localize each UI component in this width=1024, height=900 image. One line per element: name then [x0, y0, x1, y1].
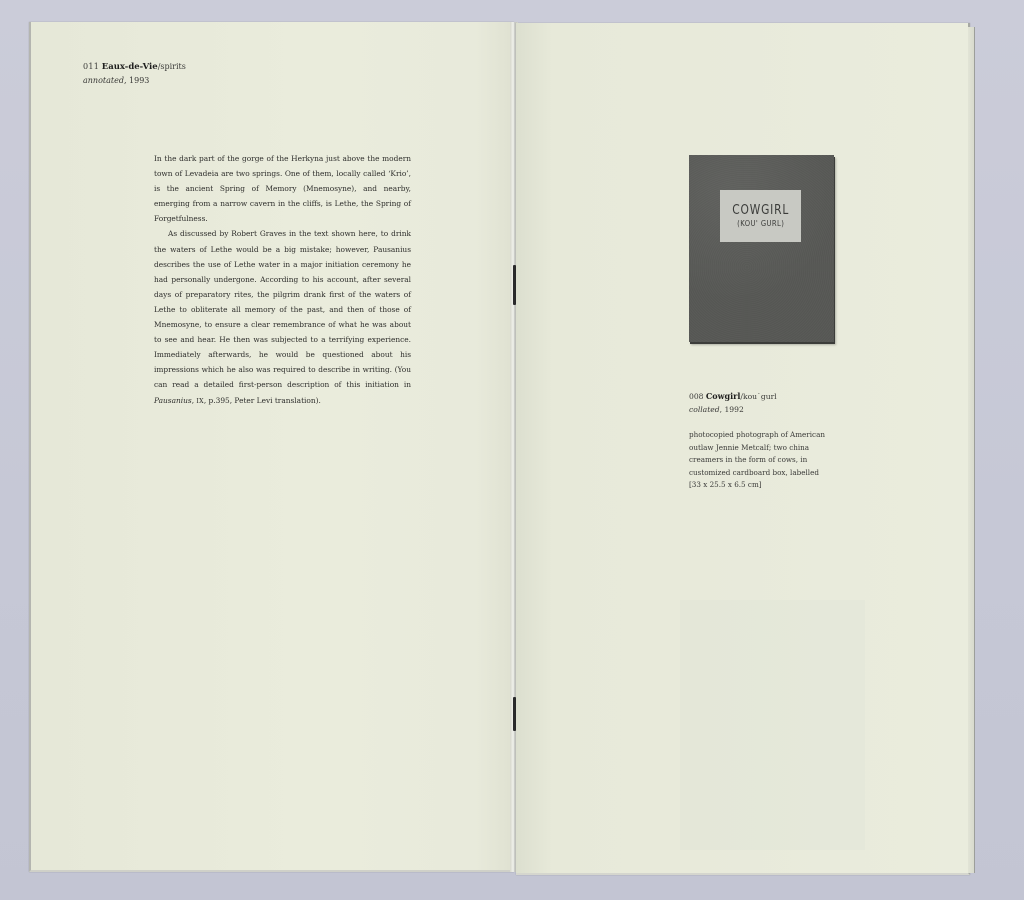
paragraph-2-text: As discussed by Robert Graves in the tex… — [154, 229, 411, 389]
box-label: COWGIRL (KOU' GURL) — [720, 190, 801, 242]
caption-heading: 008 Cowgirl/kou˙gurl — [689, 390, 777, 404]
description-line: photocopied photograph of American — [689, 429, 839, 442]
volume-number: IX — [196, 398, 203, 405]
entry-year: , 1993 — [124, 76, 149, 85]
entry-meta: annotated, 1993 — [83, 74, 186, 87]
entry-subtitle: spirits — [160, 62, 186, 71]
caption-number: 008 — [689, 392, 704, 401]
entry-status: annotated — [83, 76, 124, 85]
caption-meta: collated, 1992 — [689, 404, 777, 417]
paragraph-2-end: , p.395, Peter Levi translation). — [204, 396, 321, 405]
box-label-title: COWGIRL — [732, 203, 789, 218]
paragraph-1: In the dark part of the gorge of the Her… — [154, 151, 411, 226]
description-line: customized cardboard box, labelled — [689, 467, 839, 480]
artwork-caption: 008 Cowgirl/kou˙gurl collated, 1992 — [689, 390, 777, 416]
paragraph-2: As discussed by Robert Graves in the tex… — [154, 226, 411, 408]
description-line: creamers in the form of cows, in — [689, 454, 839, 467]
entry-heading: 011 Eaux-de-Vie/spirits — [83, 60, 186, 74]
caption-subtitle: kou˙gurl — [743, 392, 777, 401]
box-label-pronunciation: (KOU' GURL) — [737, 218, 784, 229]
bleed-through-text — [878, 62, 880, 74]
entry-number: 011 — [83, 62, 99, 71]
caption-status: collated — [689, 405, 720, 414]
left-page — [29, 22, 514, 872]
caption-year: , 1992 — [720, 405, 744, 414]
left-page-header: 011 Eaux-de-Vie/spirits annotated, 1993 — [83, 60, 186, 87]
artwork-description: photocopied photograph of American outla… — [689, 429, 839, 492]
caption-title: Cowgirl — [706, 391, 740, 401]
artwork-photo-box: COWGIRL (KOU' GURL) — [689, 155, 834, 342]
dimensions: [33 x 25.5 x 6.5 cm] — [689, 479, 839, 492]
page-edge — [968, 27, 975, 873]
book-reference: Pausanius — [154, 396, 192, 405]
essay-text: In the dark part of the gorge of the Her… — [154, 151, 411, 409]
bleed-through-image — [680, 600, 865, 850]
description-line: outlaw Jennie Metcalf; two china — [689, 442, 839, 455]
entry-title: Eaux-de-Vie — [102, 62, 158, 72]
